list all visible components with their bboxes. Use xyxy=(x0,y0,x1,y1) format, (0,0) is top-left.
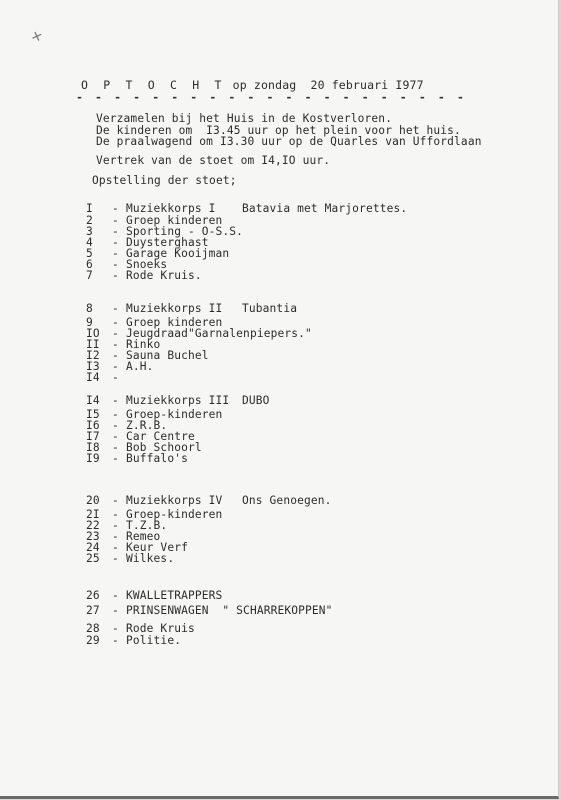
row-name: Muziekkorps IV xyxy=(126,494,222,507)
row-number: I9 xyxy=(86,453,112,465)
typewritten-page: ✕ O P T O C H T op zondag 20 februari I9… xyxy=(0,0,559,799)
procession-row: 26-KWALLETRAPPERS xyxy=(86,590,222,602)
row-name: A.H. xyxy=(126,360,154,373)
row-number: 29 xyxy=(86,635,112,647)
row-dash: - xyxy=(112,590,126,602)
row-number: 8 xyxy=(86,303,112,315)
row-dash: - xyxy=(112,453,126,465)
row-number: 27 xyxy=(86,605,112,617)
row-dash: - xyxy=(112,372,126,384)
row-name: PRINSENWAGEN " SCHARREKOPPEN" xyxy=(126,604,333,617)
row-dash: - xyxy=(112,635,126,647)
procession-row: I4-Muziekkorps IIIDUBO xyxy=(86,395,229,407)
procession-row: I4- xyxy=(86,372,126,384)
row-number: I4 xyxy=(86,372,112,384)
row-name: Wilkes. xyxy=(126,552,174,565)
row-number: I4 xyxy=(86,395,112,407)
row-dash: - xyxy=(112,395,126,407)
procession-row: I9-Buffalo's xyxy=(86,453,188,465)
title-underline: - - - - - - - - - - - - - - - - - - - - … xyxy=(76,91,466,103)
row-number: 7 xyxy=(86,270,112,282)
row-name: Muziekkorps II xyxy=(126,302,222,315)
row-name: Politie. xyxy=(126,634,181,647)
row-name: Muziekkorps III xyxy=(126,394,229,407)
row-dash: - xyxy=(112,553,126,565)
procession-row: 8-Muziekkorps IITubantia xyxy=(86,303,222,315)
row-dash: - xyxy=(112,270,126,282)
row-band-name: DUBO xyxy=(242,395,270,407)
row-number: 20 xyxy=(86,495,112,507)
row-dash: - xyxy=(112,495,126,507)
row-number: 25 xyxy=(86,553,112,565)
procession-row: 20-Muziekkorps IVOns Genoegen. xyxy=(86,495,222,507)
row-number: 26 xyxy=(86,590,112,602)
intro-line: De praalwagend om I3.30 uur op de Quarle… xyxy=(96,136,482,148)
row-band-name: Batavia met Marjorettes. xyxy=(242,203,407,215)
row-name: Rode Kruis. xyxy=(126,269,202,282)
row-band-name: Tubantia xyxy=(242,303,297,315)
row-name: KWALLETRAPPERS xyxy=(126,589,222,602)
row-band-name: Ons Genoegen. xyxy=(242,495,332,507)
intro-line: Vertrek van de stoet om I4,IO uur. xyxy=(96,155,330,167)
row-dash: - xyxy=(112,303,126,315)
procession-row: 27-PRINSENWAGEN " SCHARREKOPPEN" xyxy=(86,605,333,617)
row-name: Buffalo's xyxy=(126,452,188,465)
procession-row: 25-Wilkes. xyxy=(86,553,174,565)
procession-row: 29-Politie. xyxy=(86,635,181,647)
section-heading: Opstelling der stoet; xyxy=(92,175,237,187)
row-dash: - xyxy=(112,605,126,617)
pen-mark: ✕ xyxy=(29,29,45,47)
procession-row: 7-Rode Kruis. xyxy=(86,270,202,282)
